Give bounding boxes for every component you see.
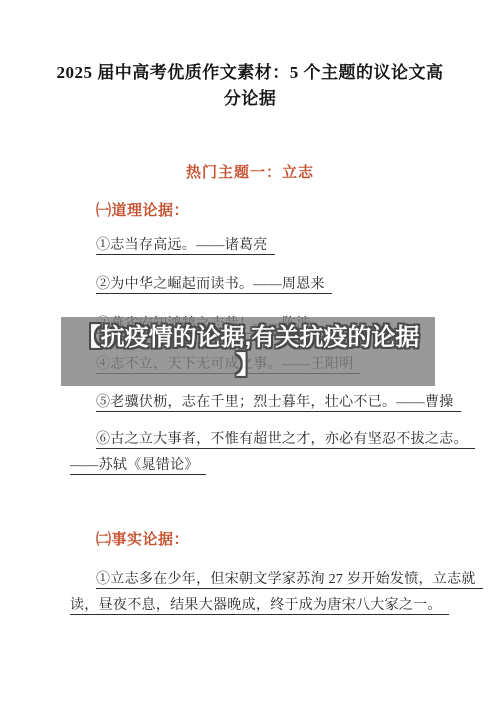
- section-1-heading: ㈠道理论据：: [96, 198, 189, 224]
- document-title-line-2: 分论据: [40, 86, 460, 112]
- watermark-text-line-2: 】: [236, 352, 260, 380]
- list-item-text: ②为中华之崛起而读书。——周恩来: [96, 277, 332, 294]
- list-item-text: ⑤老骥伏枥，志在千里；烈士暮年，壮心不已。——曹操: [96, 395, 461, 412]
- list-item: ⑤老骥伏枥，志在千里；烈士暮年，壮心不已。——曹操: [70, 390, 435, 416]
- watermark-text-line-1: 【抗疫情的论据,有关抗疫的论据: [77, 324, 420, 352]
- list-item-text: 读，昼夜不息，结果大器晚成，终于成为唐宋八大家之一。: [70, 598, 449, 615]
- list-item: ⑥古之立大事者，不惟有超世之才，亦必有坚忍不拔之志。 ——苏轼《晁错论》: [70, 427, 435, 479]
- list-item-text: ①立志多在少年，但宋朝文学家苏洵 27 岁开始发愤，立志就: [96, 572, 483, 589]
- list-item-text: ——苏轼《晁错论》: [70, 458, 206, 475]
- document-page: 2025 届中高考优质作文素材：5 个主题的议论文高 分论据 热门主题一：立志 …: [0, 0, 500, 706]
- topic-heading: 热门主题一：立志: [0, 160, 500, 186]
- list-item: ②为中华之崛起而读书。——周恩来: [70, 272, 435, 298]
- list-item: ①志当存高远。——诸葛亮: [70, 233, 435, 259]
- list-item-text: ⑥古之立大事者，不惟有超世之才，亦必有坚忍不拔之志。: [96, 432, 475, 449]
- watermark-banner: 【抗疫情的论据,有关抗疫的论据 】: [61, 317, 435, 386]
- list-item-text: ①志当存高远。——诸葛亮: [96, 238, 275, 255]
- document-title: 2025 届中高考优质作文素材：5 个主题的议论文高 分论据: [40, 60, 460, 112]
- list-item: ①立志多在少年，但宋朝文学家苏洵 27 岁开始发愤，立志就 读，昼夜不息，结果大…: [70, 567, 435, 619]
- section-2-heading: ㈡事实论据：: [96, 527, 189, 553]
- document-title-line-1: 2025 届中高考优质作文素材：5 个主题的议论文高: [40, 60, 460, 86]
